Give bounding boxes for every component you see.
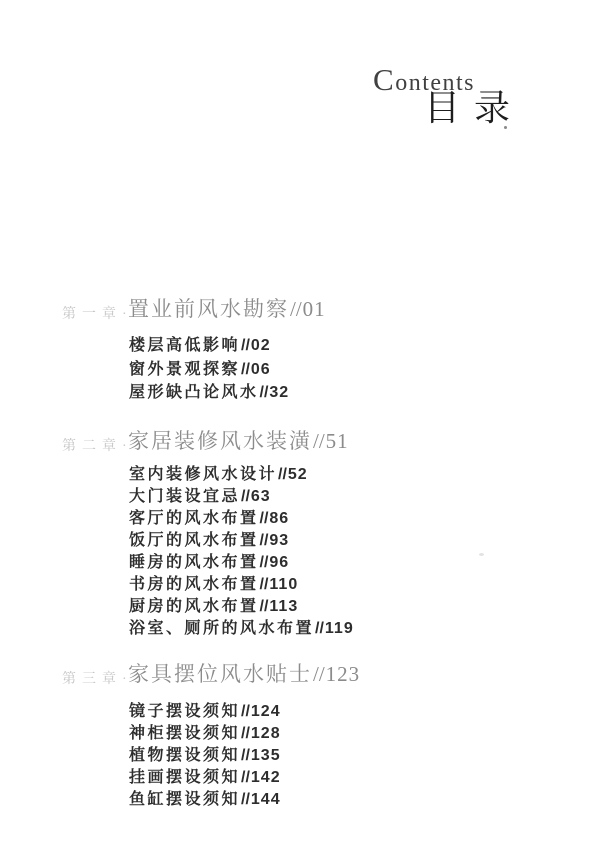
- toc-items-list: 镜子摆设须知//124 神柜摆设须知//128 植物摆设须知//135 挂画摆设…: [129, 701, 281, 811]
- entry-title: 厨房的风水布置: [129, 598, 259, 615]
- entry-page-number: 119: [325, 620, 354, 637]
- ink-smudge-artifact: [479, 553, 484, 556]
- page-separator: //: [289, 297, 303, 321]
- entry-page-number: 06: [251, 361, 271, 378]
- page-separator: //: [312, 429, 326, 453]
- page-separator: //: [259, 510, 270, 527]
- page-separator: //: [259, 554, 270, 571]
- toc-entry: 书房的风水布置//110: [129, 574, 354, 596]
- chapter-title-text: 家居装修风水装潢: [128, 429, 312, 453]
- entry-title: 植物摆设须知: [129, 747, 240, 764]
- page-separator: //: [240, 488, 251, 505]
- chapter-heading: 第一章· 置业前风水勘察//01: [0, 297, 600, 323]
- toc-entry: 楼层高低影响//02: [129, 334, 289, 358]
- page-separator: //: [240, 769, 251, 786]
- toc-entry: 神柜摆设须知//128: [129, 723, 281, 745]
- page-separator: //: [259, 384, 270, 401]
- toc-entry: 厨房的风水布置//113: [129, 596, 354, 618]
- entry-page-number: 93: [269, 532, 289, 549]
- page-separator: //: [240, 725, 251, 742]
- entry-page-number: 135: [251, 747, 281, 764]
- page-separator: //: [314, 620, 325, 637]
- toc-items-list: 楼层高低影响//02 窗外景观探察//06 屋形缺凸论风水//32: [129, 334, 289, 405]
- ink-dot-artifact: [504, 126, 507, 129]
- toc-entry: 挂画摆设须知//142: [129, 767, 281, 789]
- entry-title: 神柜摆设须知: [129, 725, 240, 742]
- entry-title: 客厅的风水布置: [129, 510, 259, 527]
- entry-page-number: 110: [269, 576, 298, 593]
- entry-title: 镜子摆设须知: [129, 703, 240, 720]
- entry-title: 屋形缺凸论风水: [129, 384, 259, 401]
- toc-page: Contents 目录 第一章· 置业前风水勘察//01 楼层高低影响//02 …: [0, 0, 600, 856]
- chapter-heading: 第三章· 家具摆位风水贴士//123: [0, 662, 600, 688]
- entry-title: 书房的风水布置: [129, 576, 259, 593]
- entry-title: 睡房的风水布置: [129, 554, 259, 571]
- chapter-label: 第二章·: [62, 435, 133, 459]
- entry-page-number: 124: [251, 703, 281, 720]
- entry-page-number: 52: [288, 466, 308, 483]
- toc-entry: 大门装设宜忌//63: [129, 486, 354, 508]
- chapter-title: 置业前风水勘察//01: [128, 297, 326, 321]
- page-separator: //: [312, 662, 326, 686]
- chapter-title: 家具摆位风水贴士//123: [128, 662, 360, 686]
- toc-items-list: 室内装修风水设计//52 大门装设宜忌//63 客厅的风水布置//86 饭厅的风…: [129, 464, 354, 640]
- toc-entry: 镜子摆设须知//124: [129, 701, 281, 723]
- toc-entry: 室内装修风水设计//52: [129, 464, 354, 486]
- page-separator: //: [240, 791, 251, 808]
- entry-page-number: 142: [251, 769, 281, 786]
- entry-page-number: 86: [269, 510, 289, 527]
- entry-title: 室内装修风水设计: [129, 466, 277, 483]
- page-separator: //: [259, 598, 270, 615]
- chapter-label: 第一章·: [62, 303, 133, 327]
- page-separator: //: [259, 532, 270, 549]
- chapter-heading: 第二章· 家居装修风水装潢//51: [0, 429, 600, 455]
- toc-entry: 鱼缸摆设须知//144: [129, 789, 281, 811]
- entry-title: 饭厅的风水布置: [129, 532, 259, 549]
- toc-entry: 客厅的风水布置//86: [129, 508, 354, 530]
- page-separator: //: [240, 747, 251, 764]
- entry-title: 窗外景观探察: [129, 361, 240, 378]
- chapter-title-text: 置业前风水勘察: [128, 297, 289, 321]
- entry-title: 浴室、厕所的风水布置: [129, 620, 314, 637]
- entry-page-number: 113: [269, 598, 298, 615]
- page-separator: //: [240, 361, 251, 378]
- entry-title: 挂画摆设须知: [129, 769, 240, 786]
- entry-page-number: 96: [269, 554, 289, 571]
- entry-title: 大门装设宜忌: [129, 488, 240, 505]
- toc-entry: 植物摆设须知//135: [129, 745, 281, 767]
- toc-entry: 饭厅的风水布置//93: [129, 530, 354, 552]
- toc-entry: 屋形缺凸论风水//32: [129, 381, 289, 405]
- page-separator: //: [240, 703, 251, 720]
- page-separator: //: [277, 466, 288, 483]
- toc-entry: 浴室、厕所的风水布置//119: [129, 618, 354, 640]
- chapter-page-number: 123: [326, 662, 361, 686]
- entry-page-number: 63: [251, 488, 271, 505]
- chapter-title-text: 家具摆位风水贴士: [128, 662, 312, 686]
- entry-page-number: 32: [269, 384, 289, 401]
- chapter-page-number: 51: [326, 429, 349, 453]
- chapter-label: 第三章·: [62, 668, 133, 692]
- entry-page-number: 02: [251, 337, 271, 354]
- toc-entry: 睡房的风水布置//96: [129, 552, 354, 574]
- page-separator: //: [259, 576, 270, 593]
- entry-title: 楼层高低影响: [129, 337, 240, 354]
- entry-page-number: 144: [251, 791, 281, 808]
- entry-page-number: 128: [251, 725, 281, 742]
- chapter-title: 家居装修风水装潢//51: [128, 429, 349, 453]
- contents-chinese-title: 目录: [424, 80, 524, 131]
- entry-title: 鱼缸摆设须知: [129, 791, 240, 808]
- page-separator: //: [240, 337, 251, 354]
- toc-entry: 窗外景观探察//06: [129, 358, 289, 382]
- chapter-page-number: 01: [303, 297, 326, 321]
